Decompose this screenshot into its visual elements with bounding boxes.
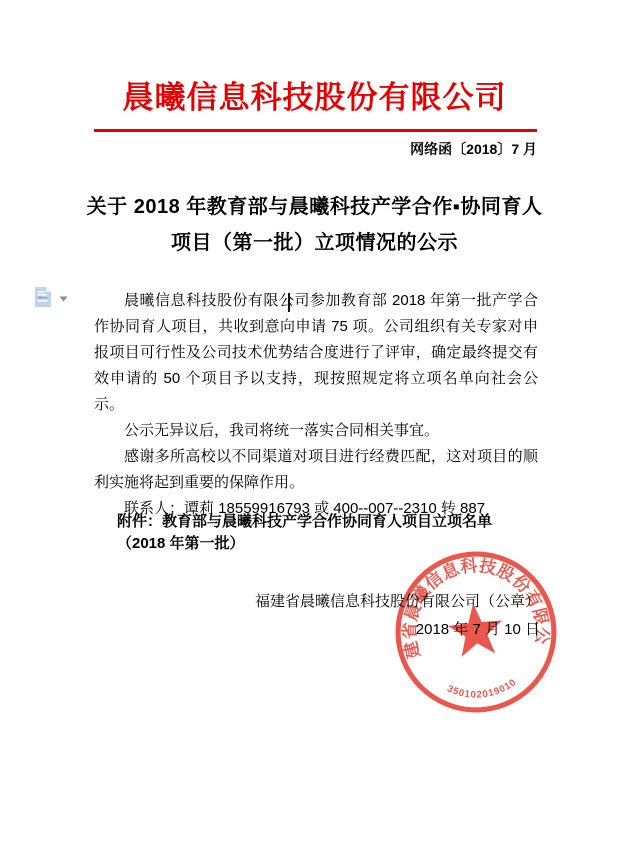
notice-body: 晨曦信息科技股份有限公司参加教育部 2018 年第一批产学合作协同育人项目，共收… [94, 288, 538, 522]
notice-title-line1: 关于 2018 年教育部与晨曦科技产学合作▪协同育人 [40, 189, 589, 225]
tracked-change-document-icon[interactable] [34, 287, 52, 308]
notice-title: 关于 2018 年教育部与晨曦科技产学合作▪协同育人 项目（第一批）立项情况的公… [40, 189, 589, 261]
tracked-change-control[interactable] [34, 287, 74, 311]
notice-title-line2: 项目（第一批）立项情况的公示 [40, 225, 589, 261]
chevron-down-icon[interactable] [59, 296, 68, 302]
signoff-block: 福建省晨曦信息科技股份有限公司（公章） 2018 年 7 月 10 日 [94, 588, 540, 644]
text-cursor [288, 293, 290, 312]
paragraph-project-intro: 晨曦信息科技股份有限公司参加教育部 2018 年第一批产学合作协同育人项目，共收… [94, 288, 538, 418]
document-reference-number: 网络函〔2018〕7 月 [94, 140, 537, 159]
letterhead-rule [94, 129, 537, 132]
attachment-line: 附件：教育部与晨曦科技产学合作协同育人项目立项名单（2018 年第一批） [94, 511, 540, 555]
letterhead-company-title: 晨曦信息科技股份有限公司 [0, 78, 629, 118]
paragraph-thanks: 感谢多所高校以不同渠道对项目进行经费匹配，这对项目的顺利实施将起到重要的保障作用… [94, 444, 538, 496]
paragraph-contract: 公示无异议后，我司将统一落实合同相关事宜。 [94, 418, 538, 444]
signoff-company: 福建省晨曦信息科技股份有限公司（公章） [94, 588, 540, 616]
signoff-date: 2018 年 7 月 10 日 [94, 616, 540, 644]
document-page: 晨曦信息科技股份有限公司 网络函〔2018〕7 月 关于 2018 年教育部与晨… [0, 0, 629, 860]
